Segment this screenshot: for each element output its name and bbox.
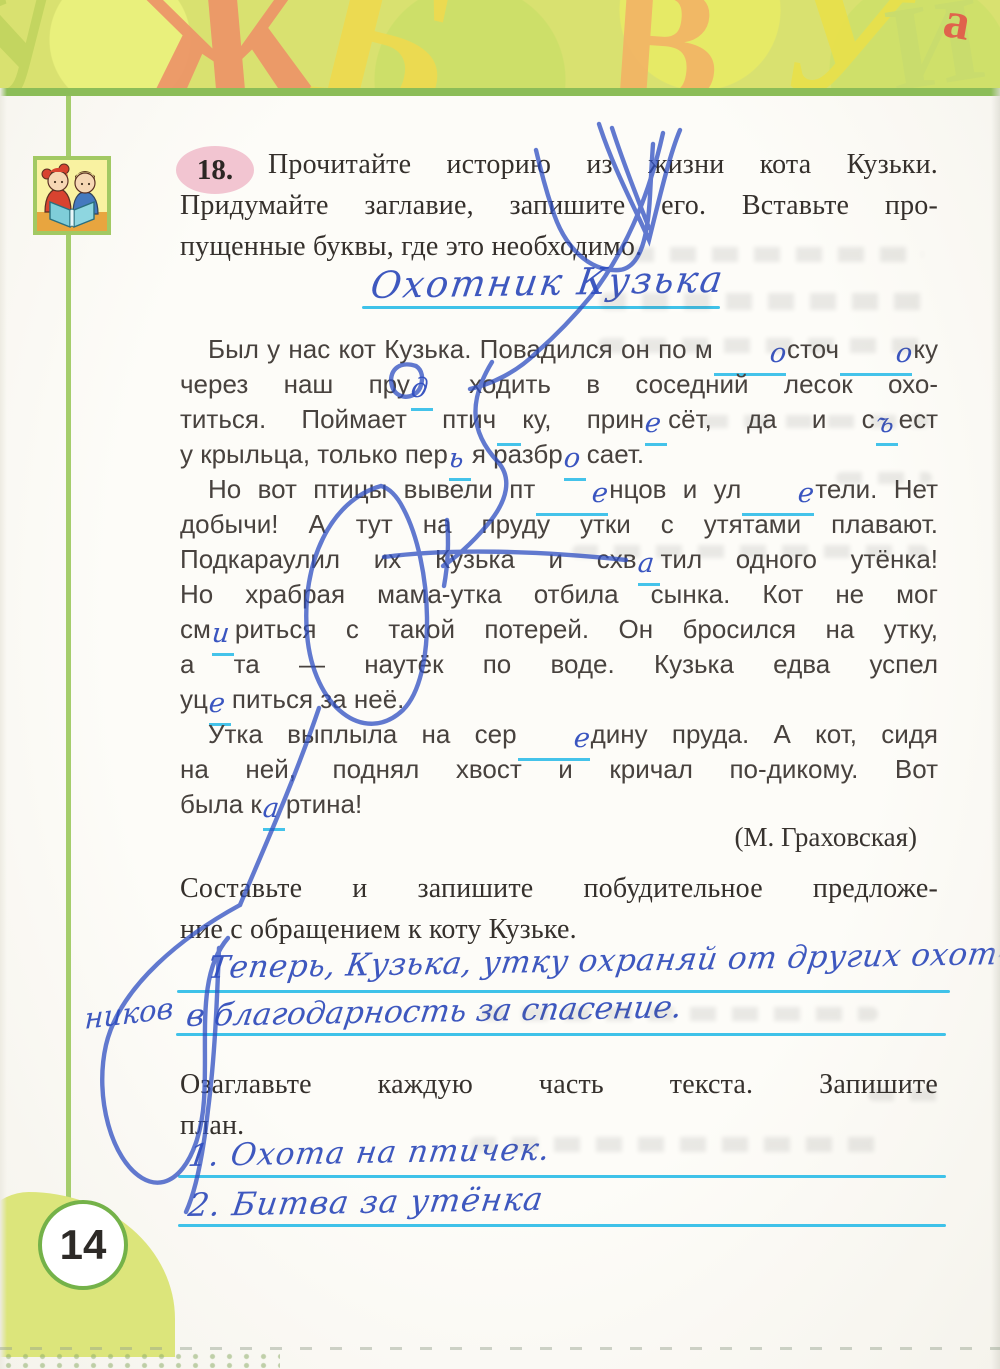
story-line: Но храбрая мама-утка отбила сынка. Кот н…	[180, 577, 938, 612]
page-number-badge: 14	[38, 1200, 128, 1290]
letter-blank: е	[645, 413, 667, 446]
story-line: а та — наутёк по воде. Кузька едва успел	[180, 647, 938, 682]
task-instruction-3: Озаглавьте каждую часть текста. Запишите…	[180, 1064, 938, 1146]
scan-edge-bottom	[0, 1347, 1000, 1350]
bleedthrough-smudge	[470, 1137, 890, 1152]
story-text: Был у нас кот Кузька. Повадился он по мо…	[180, 332, 938, 822]
answer-rule-1	[177, 990, 950, 993]
bleedthrough-smudge	[702, 415, 930, 428]
scan-speckle-corner	[0, 1352, 280, 1368]
bleedthrough-smudge	[600, 293, 935, 310]
author-attribution: (М. Граховская)	[180, 822, 917, 853]
bleedthrough-smudge	[836, 472, 932, 484]
bleedthrough-smudge	[572, 545, 928, 558]
task-line: Прочитайте историю из жизни кота Кузьки.	[180, 144, 938, 185]
task-line: Придумайте заглавие, запишите его. Встав…	[180, 185, 938, 226]
banner-letter: И	[879, 0, 990, 88]
task-line: Озаглавьте каждую часть текста. Запишите	[180, 1064, 938, 1105]
story-line: добычи! А тут на пруду утки с утятами пл…	[180, 507, 938, 542]
children-reading-illustration	[37, 160, 107, 231]
bleedthrough-smudge	[868, 1089, 944, 1101]
bleedthrough-smudge	[480, 1007, 878, 1021]
children-reading-icon	[33, 156, 111, 235]
handwritten-letter: а	[261, 796, 280, 822]
story-line: смириться с такой потерей. Он бросился н…	[180, 612, 938, 647]
handwritten-letter: ь	[447, 446, 464, 472]
story-line: через наш пруд ходить в соседний лесок о…	[180, 367, 938, 402]
answer-rule-2	[176, 1033, 946, 1036]
task-instruction-2: Составьте и запишите побудительное предл…	[180, 868, 938, 950]
story-line: уцепиться за неё.	[180, 682, 938, 717]
margin-rule-line	[66, 96, 71, 1206]
handwritten-letter: д	[409, 376, 429, 402]
handwritten-letter: о	[562, 446, 581, 472]
plan-rule-2	[178, 1224, 946, 1227]
workbook-page-scan: УЖБВУИа 18. Прочитайте историю из ж	[0, 0, 1000, 1369]
scan-edge-right	[991, 88, 1000, 1369]
story-line: была картина!	[180, 787, 938, 822]
decorative-letter-banner: УЖБВУИа	[0, 0, 1000, 88]
handwritten-sentence-margin-word: ников	[84, 991, 174, 1036]
banner-letter: В	[600, 0, 726, 88]
bleedthrough-smudge	[628, 247, 923, 262]
handwritten-letter: е	[644, 411, 663, 437]
handwritten-letter: е	[769, 481, 816, 507]
handwritten-letter: е	[563, 481, 610, 507]
handwritten-letter: е	[544, 726, 591, 752]
handwritten-letter: и	[211, 621, 231, 647]
story-line: у крыльца, только перья разбросает.	[180, 437, 938, 472]
bleedthrough-smudge	[598, 338, 926, 353]
banner-letter: У	[0, 0, 89, 88]
story-line: Утка выплыла на середину пруда. А кот, с…	[180, 717, 938, 752]
scan-edge-left	[0, 88, 7, 1369]
page-number: 14	[60, 1221, 107, 1269]
banner-green-strip	[0, 88, 1000, 96]
handwritten-plan-item: 2. Битва за утёнка	[186, 1180, 546, 1224]
banner-letter: Б	[297, 0, 478, 88]
story-line: Но вот птицы вывели птенцов и улетели. Н…	[180, 472, 938, 507]
handwritten-letter: е	[208, 691, 227, 717]
task-line: Составьте и запишите побудительное предл…	[180, 868, 938, 909]
story-line: на ней, поднял хвост и кричал по-дикому.…	[180, 752, 938, 787]
banner-letter: Ж	[120, 0, 334, 88]
plan-rule-1	[178, 1175, 946, 1178]
